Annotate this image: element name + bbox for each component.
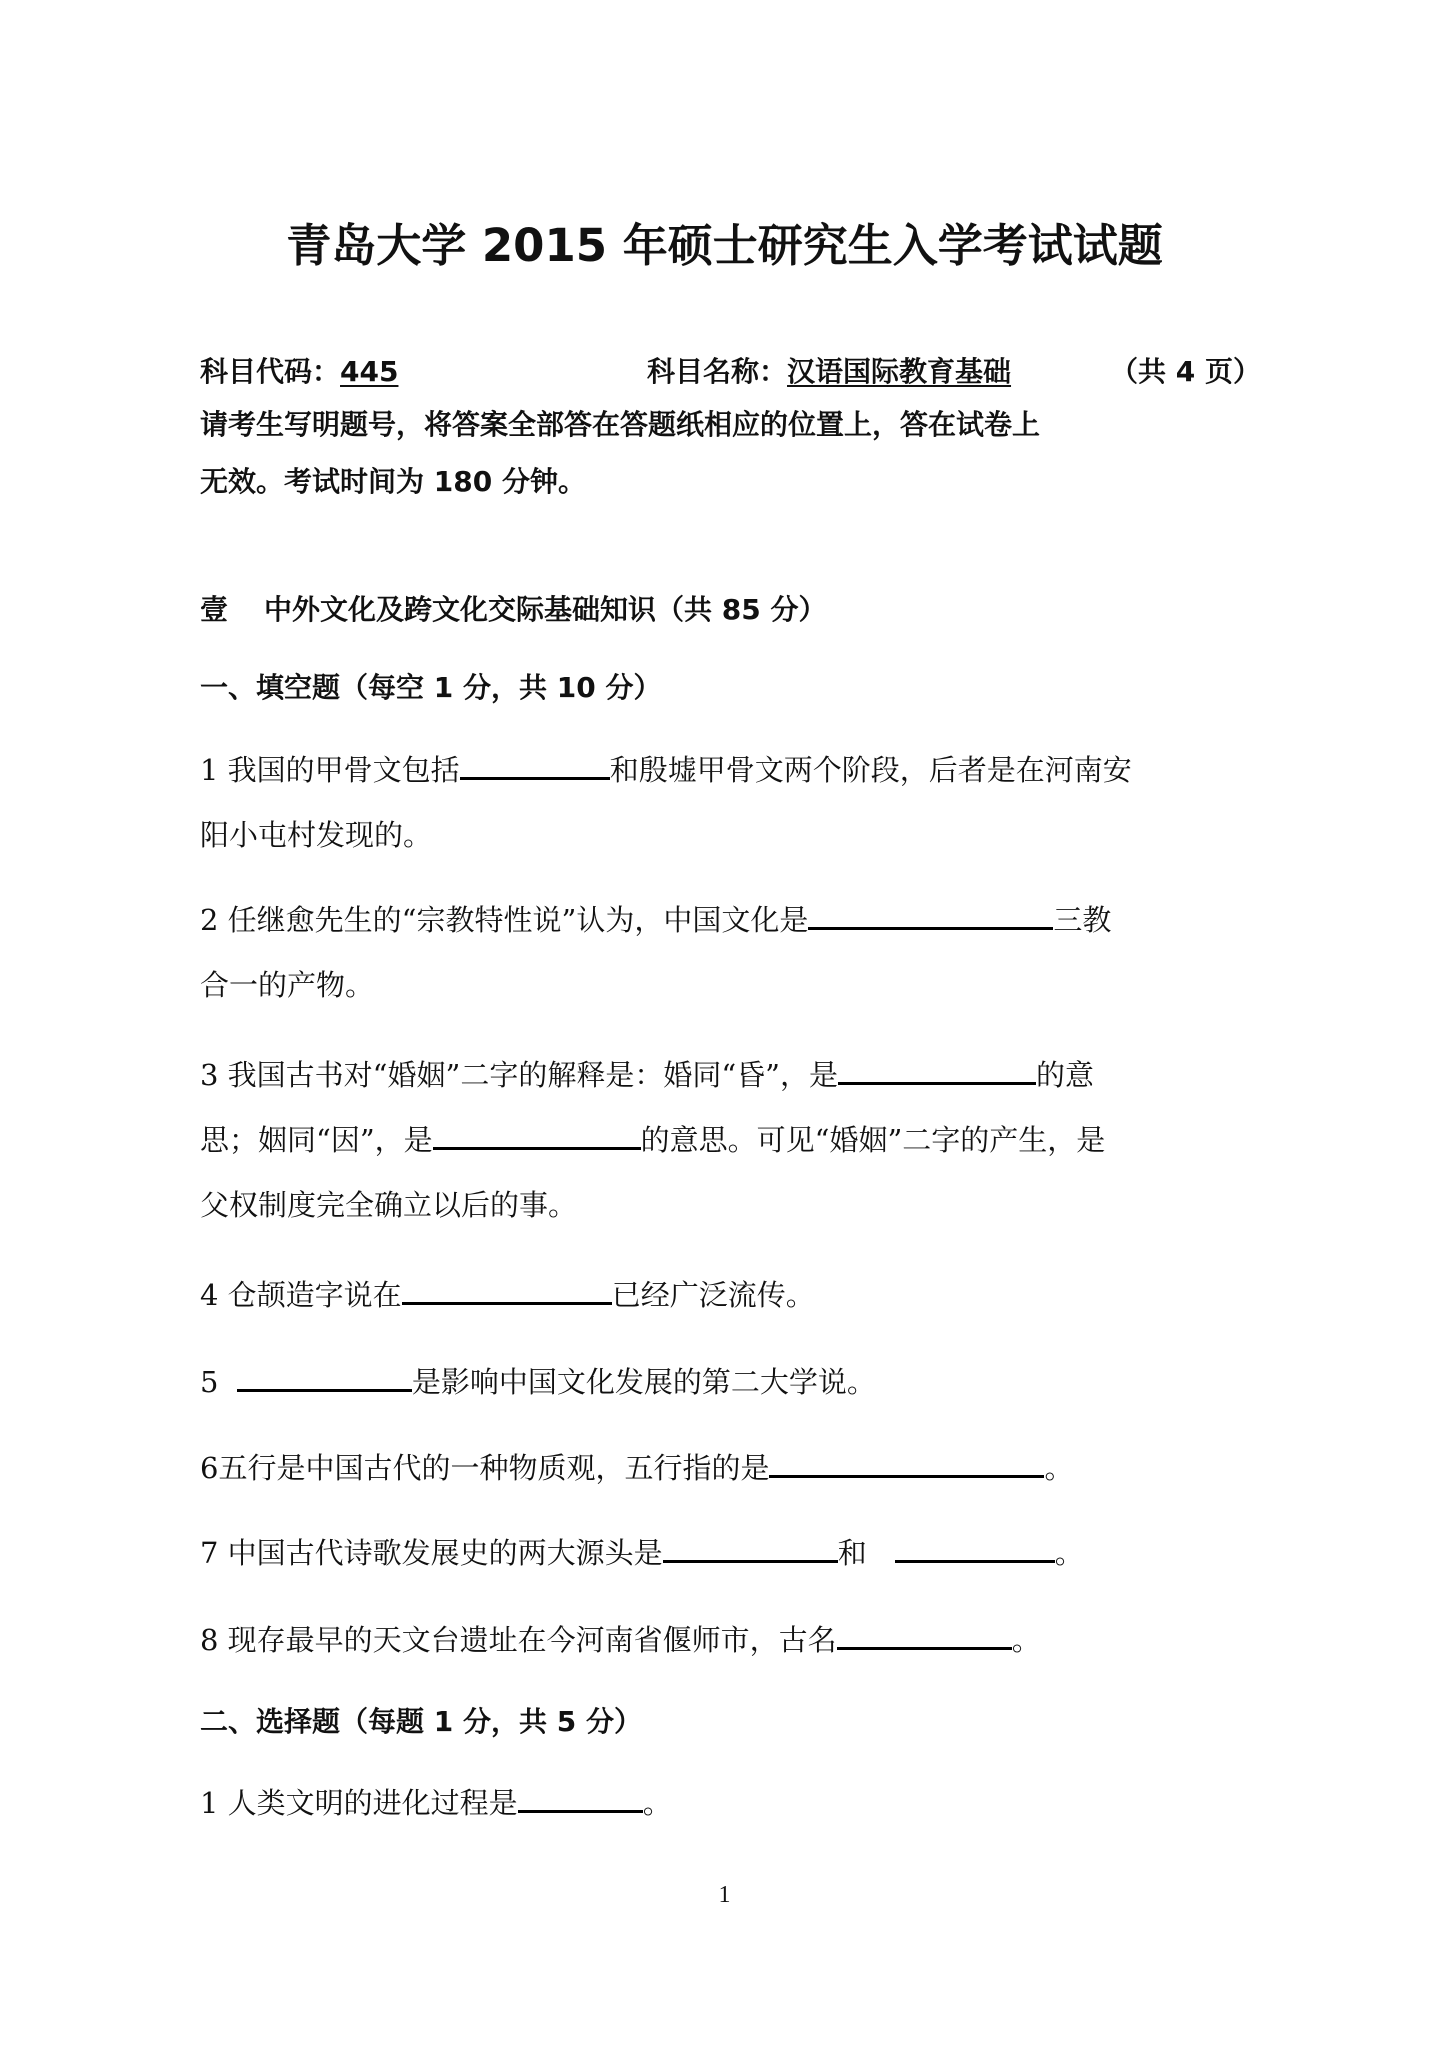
fill-question-2-cont: 合一的产物。 <box>200 965 374 1005</box>
fill-question-1: 1 我国的甲骨文包括和殷墟甲骨文两个阶段，后者是在河南安 <box>200 750 1132 790</box>
subject-code-label: 科目代码： <box>200 355 340 388</box>
question-number: 1 <box>200 1786 218 1820</box>
question-text: 是影响中国文化发展的第二大学说。 <box>412 1365 876 1399</box>
subject-name-row: 科目名称：汉语国际教育基础 <box>647 352 1011 392</box>
choice-question-1: 1 人类文明的进化过程是。 <box>200 1783 672 1823</box>
question-text: 我国的甲骨文包括 <box>228 753 460 787</box>
question-text: 我国古书对“婚姻”二字的解释是：婚同“昏”，是 <box>228 1058 838 1092</box>
question-text: 人类文明的进化过程是 <box>228 1786 518 1820</box>
question-text: 中国古代诗歌发展史的两大源头是 <box>228 1536 663 1570</box>
question-text: 。 <box>1044 1451 1073 1485</box>
page-total: （共 4 页） <box>1110 352 1261 392</box>
fill-question-7: 7 中国古代诗歌发展史的两大源头是和。 <box>200 1533 1084 1573</box>
fill-question-3-cont: 思；姻同“因”，是的意思。可见“婚姻”二字的产生，是 <box>200 1120 1105 1160</box>
question-text: 现存最早的天文台遗址在今河南省偃师市，古名 <box>228 1623 837 1657</box>
question-number: 2 <box>200 903 218 937</box>
answer-blank <box>808 901 1053 930</box>
exam-title: 青岛大学 2015 年硕士研究生入学考试试题 <box>0 216 1449 276</box>
fill-question-6: 6五行是中国古代的一种物质观，五行指的是。 <box>200 1448 1073 1488</box>
answer-blank <box>837 1621 1012 1650</box>
question-text: 五行是中国古代的一种物质观，五行指的是 <box>218 1451 769 1485</box>
subject-name: 汉语国际教育基础 <box>787 355 1011 388</box>
question-text: 的意 <box>1036 1058 1094 1092</box>
question-text: 思；姻同“因”，是 <box>200 1123 433 1157</box>
answer-blank <box>460 751 610 780</box>
section-choice-title: 二、选择题（每题 1 分，共 5 分） <box>200 1702 642 1742</box>
answer-blank <box>518 1784 643 1813</box>
question-text: 仓颉造字说在 <box>228 1278 402 1312</box>
instruction-line-1: 请考生写明题号，将答案全部答在答题纸相应的位置上，答在试卷上 <box>200 405 1040 445</box>
question-number: 3 <box>200 1058 218 1092</box>
section-fill-title: 一、填空题（每空 1 分，共 10 分） <box>200 668 661 708</box>
answer-blank <box>402 1276 612 1305</box>
fill-question-3: 3 我国古书对“婚姻”二字的解释是：婚同“昏”，是的意 <box>200 1055 1094 1095</box>
question-number: 1 <box>200 753 218 787</box>
part-title: 中外文化及跨文化交际基础知识（共 85 分） <box>264 593 826 626</box>
question-number: 6 <box>200 1451 218 1485</box>
answer-blank <box>237 1363 412 1392</box>
question-text: 的意思。可见“婚姻”二字的产生，是 <box>641 1123 1106 1157</box>
question-text: 。 <box>1012 1623 1041 1657</box>
fill-question-3-cont2: 父权制度完全确立以后的事。 <box>200 1185 577 1225</box>
question-number: 8 <box>200 1623 218 1657</box>
answer-blank <box>433 1121 641 1150</box>
question-text: 和殷墟甲骨文两个阶段，后者是在河南安 <box>610 753 1132 787</box>
question-text: 。 <box>1055 1536 1084 1570</box>
fill-question-8: 8 现存最早的天文台遗址在今河南省偃师市，古名。 <box>200 1620 1041 1660</box>
instruction-line-2: 无效。考试时间为 180 分钟。 <box>200 462 586 502</box>
fill-question-1-cont: 阳小屯村发现的。 <box>200 815 432 855</box>
part-number: 壹 <box>200 593 228 626</box>
answer-blank <box>663 1534 838 1563</box>
question-text: 已经广泛流传。 <box>612 1278 815 1312</box>
subject-code: 445 <box>340 355 398 388</box>
subject-code-row: 科目代码：445 <box>200 352 398 392</box>
question-number: 4 <box>200 1278 218 1312</box>
answer-blank <box>838 1056 1036 1085</box>
fill-question-2: 2 任继愈先生的“宗教特性说”认为，中国文化是三教 <box>200 900 1111 940</box>
answer-blank <box>769 1449 1044 1478</box>
part-heading: 壹中外文化及跨文化交际基础知识（共 85 分） <box>200 590 826 630</box>
fill-question-4: 4 仓颉造字说在已经广泛流传。 <box>200 1275 815 1315</box>
question-number: 7 <box>200 1536 218 1570</box>
question-text: 任继愈先生的“宗教特性说”认为，中国文化是 <box>228 903 809 937</box>
subject-name-label: 科目名称： <box>647 355 787 388</box>
fill-question-5: 5 是影响中国文化发展的第二大学说。 <box>200 1362 876 1402</box>
question-text: 。 <box>643 1786 672 1820</box>
page-number: 1 <box>0 1882 1449 1909</box>
question-text: 三教 <box>1053 903 1111 937</box>
answer-blank <box>895 1534 1055 1563</box>
question-text: 和 <box>838 1536 867 1570</box>
question-number: 5 <box>200 1365 218 1399</box>
